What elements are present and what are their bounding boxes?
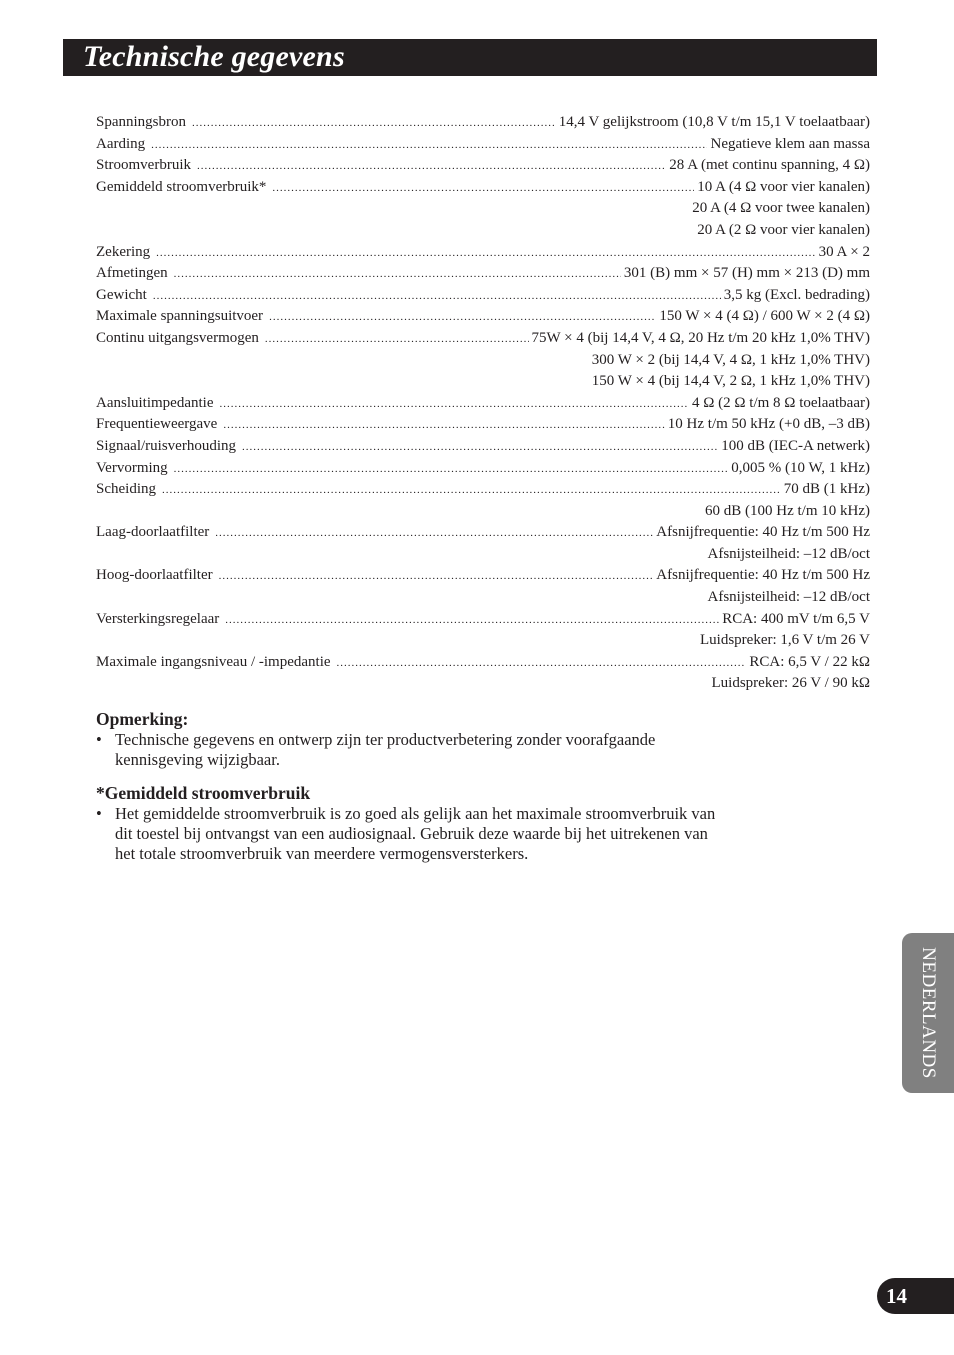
note-bullet: •Het gemiddelde stroomverbruik is zo goe… [96,804,726,864]
dot-leader [151,135,707,157]
spec-value: 3,5 kg (Excl. bedrading) [721,285,870,307]
dot-leader [197,156,666,178]
spec-row: Spanningsbron14,4 V gelijkstroom (10,8 V… [96,112,870,134]
language-tab: NEDERLANDS [902,933,954,1093]
dot-leader [337,653,747,675]
spec-value: RCA: 6,5 V / 22 kΩ [746,652,870,674]
spec-label: Scheiding [96,479,162,501]
spec-value: Afsnijfrequentie: 40 Hz t/m 500 Hz [653,565,870,587]
spec-value: 4 Ω (2 Ω t/m 8 Ω toelaatbaar) [689,393,870,415]
note-text: Technische gegevens en ontwerp zijn ter … [115,730,655,769]
spec-value: RCA: 400 mV t/m 6,5 V [719,609,870,631]
dot-leader [223,415,664,437]
spec-value: 10 A (4 Ω voor vier kanalen) [694,177,870,199]
spec-row: Zekering30 A × 2 [96,242,870,264]
dot-leader [174,459,729,481]
spec-value: 0,005 % (10 W, 1 kHz) [728,458,870,480]
spec-row: Scheiding70 dB (1 kHz) [96,479,870,501]
spec-row: Aansluitimpedantie4 Ω (2 Ω t/m 8 Ω toela… [96,393,870,415]
title-bar: Technische gegevens [63,39,877,76]
spec-label: Vervorming [96,458,174,480]
spec-row: Continu uitgangsvermogen75W × 4 (bij 14,… [96,328,870,350]
spec-value-continuation: Afsnijsteilheid: –12 dB/oct [96,544,870,566]
spec-row: Signaal/ruisverhouding100 dB (IEC-A netw… [96,436,870,458]
notes-section: Opmerking:•Technische gegevens en ontwer… [96,708,726,876]
spec-row: Stroomverbruik28 A (met continu spanning… [96,155,870,177]
spec-label: Frequentieweergave [96,414,223,436]
note-heading: *Gemiddeld stroomverbruik [96,782,726,804]
spec-label: Hoog-doorlaatfilter [96,565,219,587]
dot-leader [174,264,621,286]
bullet-icon: • [96,804,102,824]
spec-value: 150 W × 4 (4 Ω) / 600 W × 2 (4 Ω) [656,306,870,328]
spec-row: Hoog-doorlaatfilterAfsnijfrequentie: 40 … [96,565,870,587]
spec-label: Afmetingen [96,263,174,285]
dot-leader [219,394,689,416]
spec-label: Versterkingsregelaar [96,609,225,631]
spec-value-continuation: 20 A (2 Ω voor vier kanalen) [96,220,870,242]
spec-list: Spanningsbron14,4 V gelijkstroom (10,8 V… [96,112,870,695]
note-bullet-list: •Het gemiddelde stroomverbruik is zo goe… [96,804,726,864]
spec-value: Afsnijfrequentie: 40 Hz t/m 500 Hz [653,522,870,544]
note-text: Het gemiddelde stroomverbruik is zo goed… [115,804,715,863]
spec-value: 301 (B) mm × 57 (H) mm × 213 (D) mm [621,263,870,285]
spec-value: Negatieve klem aan massa [707,134,870,156]
language-tab-label: NEDERLANDS [917,947,939,1079]
spec-label: Maximale spanningsuitvoer [96,306,269,328]
spec-row: Gemiddeld stroomverbruik*10 A (4 Ω voor … [96,177,870,199]
spec-value-continuation: 150 W × 4 (bij 14,4 V, 2 Ω, 1 kHz 1,0% T… [96,371,870,393]
spec-label: Gemiddeld stroomverbruik* [96,177,272,199]
dot-leader [225,610,719,632]
spec-row: VersterkingsregelaarRCA: 400 mV t/m 6,5 … [96,609,870,631]
spec-label: Signaal/ruisverhouding [96,436,242,458]
dot-leader [272,178,694,200]
spec-row: Frequentieweergave10 Hz t/m 50 kHz (+0 d… [96,414,870,436]
spec-label: Spanningsbron [96,112,192,134]
dot-leader [269,307,656,329]
dot-leader [162,480,781,502]
spec-value: 70 dB (1 kHz) [781,479,870,501]
spec-value-continuation: Afsnijsteilheid: –12 dB/oct [96,587,870,609]
spec-value: 10 Hz t/m 50 kHz (+0 dB, –3 dB) [665,414,870,436]
spec-label: Continu uitgangsvermogen [96,328,265,350]
page-number: 14 [886,1282,907,1310]
spec-value-continuation: 20 A (4 Ω voor twee kanalen) [96,198,870,220]
spec-row: Afmetingen301 (B) mm × 57 (H) mm × 213 (… [96,263,870,285]
spec-label: Aansluitimpedantie [96,393,219,415]
spec-label: Gewicht [96,285,153,307]
dot-leader [242,437,718,459]
spec-row: Maximale ingangsniveau / -impedantieRCA:… [96,652,870,674]
spec-row: AardingNegatieve klem aan massa [96,134,870,156]
spec-value: 14,4 V gelijkstroom (10,8 V t/m 15,1 V t… [556,112,870,134]
dot-leader [156,243,815,265]
spec-row: Maximale spanningsuitvoer150 W × 4 (4 Ω)… [96,306,870,328]
spec-label: Stroomverbruik [96,155,197,177]
spec-value: 75W × 4 (bij 14,4 V, 4 Ω, 20 Hz t/m 20 k… [529,328,870,350]
bullet-icon: • [96,730,102,750]
spec-value: 100 dB (IEC-A netwerk) [718,436,870,458]
dot-leader [192,113,556,135]
spec-label: Laag-doorlaatfilter [96,522,215,544]
spec-row: Laag-doorlaatfilterAfsnijfrequentie: 40 … [96,522,870,544]
spec-value-continuation: Luidspreker: 1,6 V t/m 26 V [96,630,870,652]
spec-value-continuation: 60 dB (100 Hz t/m 10 kHz) [96,501,870,523]
spec-value-continuation: 300 W × 2 (bij 14,4 V, 4 Ω, 1 kHz 1,0% T… [96,350,870,372]
spec-value: 30 A × 2 [816,242,870,264]
spec-value-continuation: Luidspreker: 26 V / 90 kΩ [96,673,870,695]
spec-value: 28 A (met continu spanning, 4 Ω) [666,155,870,177]
dot-leader [219,566,654,588]
dot-leader [215,523,653,545]
dot-leader [153,286,721,308]
dot-leader [265,329,529,351]
spec-row: Gewicht3,5 kg (Excl. bedrading) [96,285,870,307]
page-number-badge: 14 [877,1278,954,1314]
spec-label: Maximale ingangsniveau / -impedantie [96,652,337,674]
note-heading: Opmerking: [96,708,726,730]
note-bullet-list: •Technische gegevens en ontwerp zijn ter… [96,730,726,770]
spec-row: Vervorming0,005 % (10 W, 1 kHz) [96,458,870,480]
note-bullet: •Technische gegevens en ontwerp zijn ter… [96,730,726,770]
spec-label: Zekering [96,242,156,264]
spec-label: Aarding [96,134,151,156]
page-title: Technische gegevens [83,40,345,74]
